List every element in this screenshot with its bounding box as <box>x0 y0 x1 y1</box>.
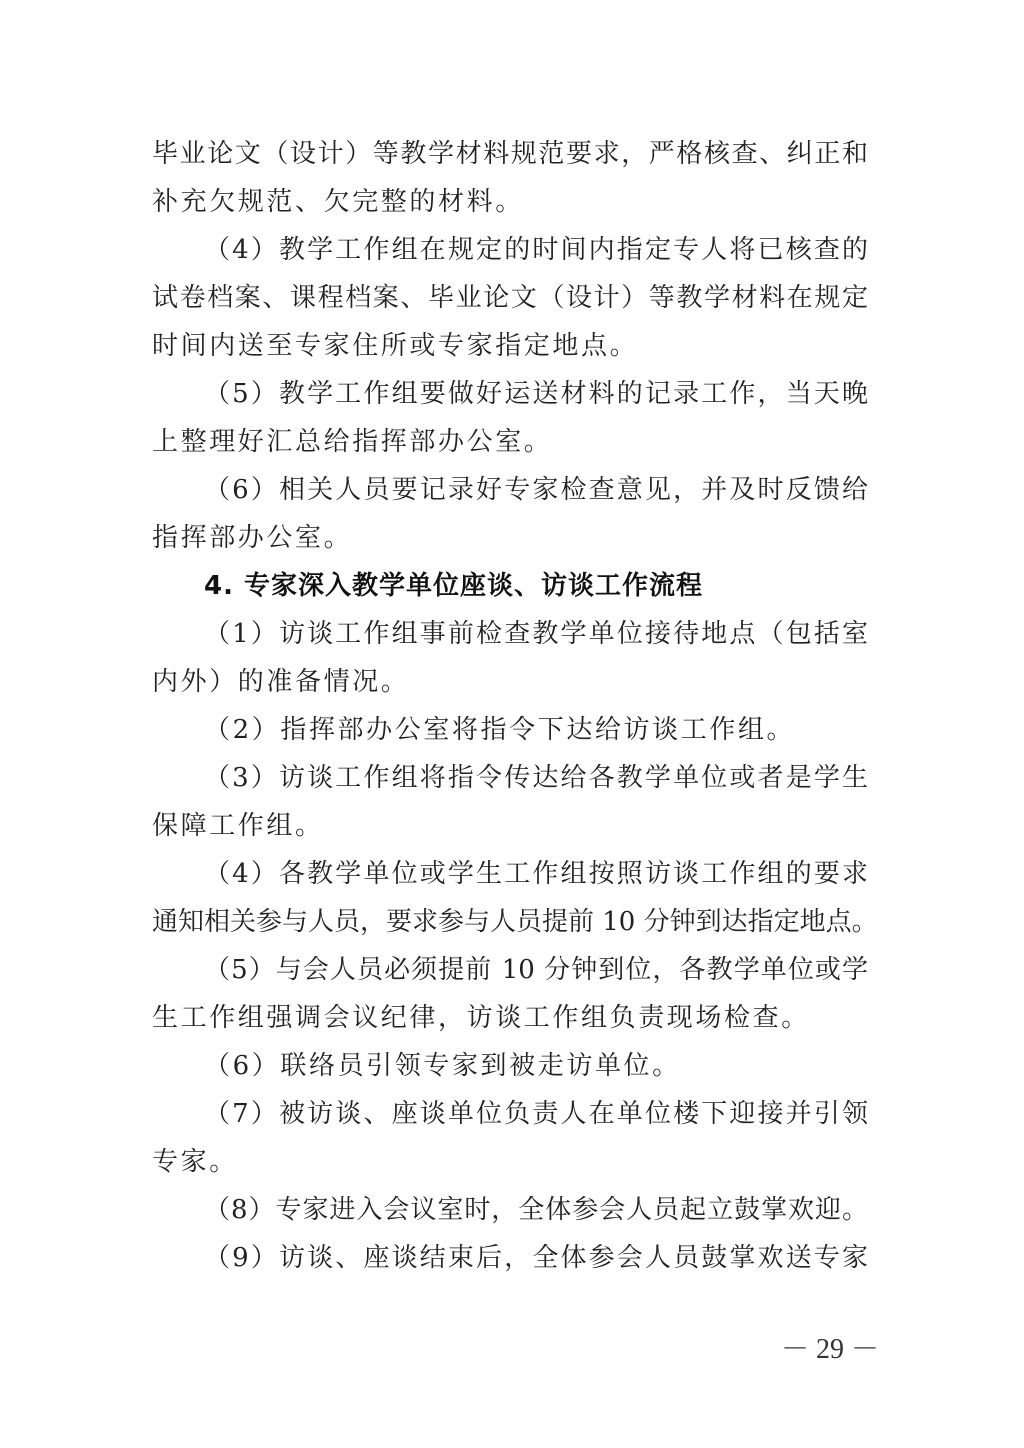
text-line: （5）与会人员必须提前 10 分钟到位，各教学单位或学 <box>204 950 868 990</box>
section-heading: 4. 专家深入教学单位座谈、访谈工作流程 <box>204 566 868 606</box>
text-line: （6）联络员引领专家到被走访单位。 <box>204 1046 868 1086</box>
text-line: 时间内送至专家住所或专家指定地点。 <box>152 326 868 366</box>
text-line: （3）访谈工作组将指令传达给各教学单位或者是学生 <box>204 758 868 798</box>
text-line: （7）被访谈、座谈单位负责人在单位楼下迎接并引领 <box>204 1094 868 1134</box>
text-line: （5）教学工作组要做好运送材料的记录工作，当天晚 <box>204 374 868 414</box>
text-line: （4）教学工作组在规定的时间内指定专人将已核查的 <box>204 230 868 270</box>
text-line: 保障工作组。 <box>152 806 868 846</box>
text-line: （4）各教学单位或学生工作组按照访谈工作组的要求 <box>204 854 868 894</box>
document-page: 毕业论文（设计）等教学材料规范要求，严格核查、纠正和 补充欠规范、欠完整的材料。… <box>0 0 1024 1448</box>
text-line: 上整理好汇总给指挥部办公室。 <box>152 422 868 462</box>
text-line: 内外）的准备情况。 <box>152 662 868 702</box>
text-line: 试卷档案、课程档案、毕业论文（设计）等教学材料在规定 <box>152 278 868 318</box>
page-number: － 29 － <box>780 1332 880 1368</box>
text-line: 指挥部办公室。 <box>152 518 868 558</box>
text-line: （2）指挥部办公室将指令下达给访谈工作组。 <box>204 710 868 750</box>
text-line: 毕业论文（设计）等教学材料规范要求，严格核查、纠正和 <box>152 134 868 174</box>
text-line: （6）相关人员要记录好专家检查意见，并及时反馈给 <box>204 470 868 510</box>
text-line: （8）专家进入会议室时，全体参会人员起立鼓掌欢迎。 <box>204 1190 868 1230</box>
text-line: 通知相关参与人员，要求参与人员提前 10 分钟到达指定地点。 <box>152 902 868 942</box>
text-line: 补充欠规范、欠完整的材料。 <box>152 182 868 222</box>
text-line: 专家。 <box>152 1142 868 1182</box>
text-line: （9）访谈、座谈结束后，全体参会人员鼓掌欢送专家 <box>204 1238 868 1278</box>
text-line: 生工作组强调会议纪律，访谈工作组负责现场检查。 <box>152 998 868 1038</box>
text-line: （1）访谈工作组事前检查教学单位接待地点（包括室 <box>204 614 868 654</box>
